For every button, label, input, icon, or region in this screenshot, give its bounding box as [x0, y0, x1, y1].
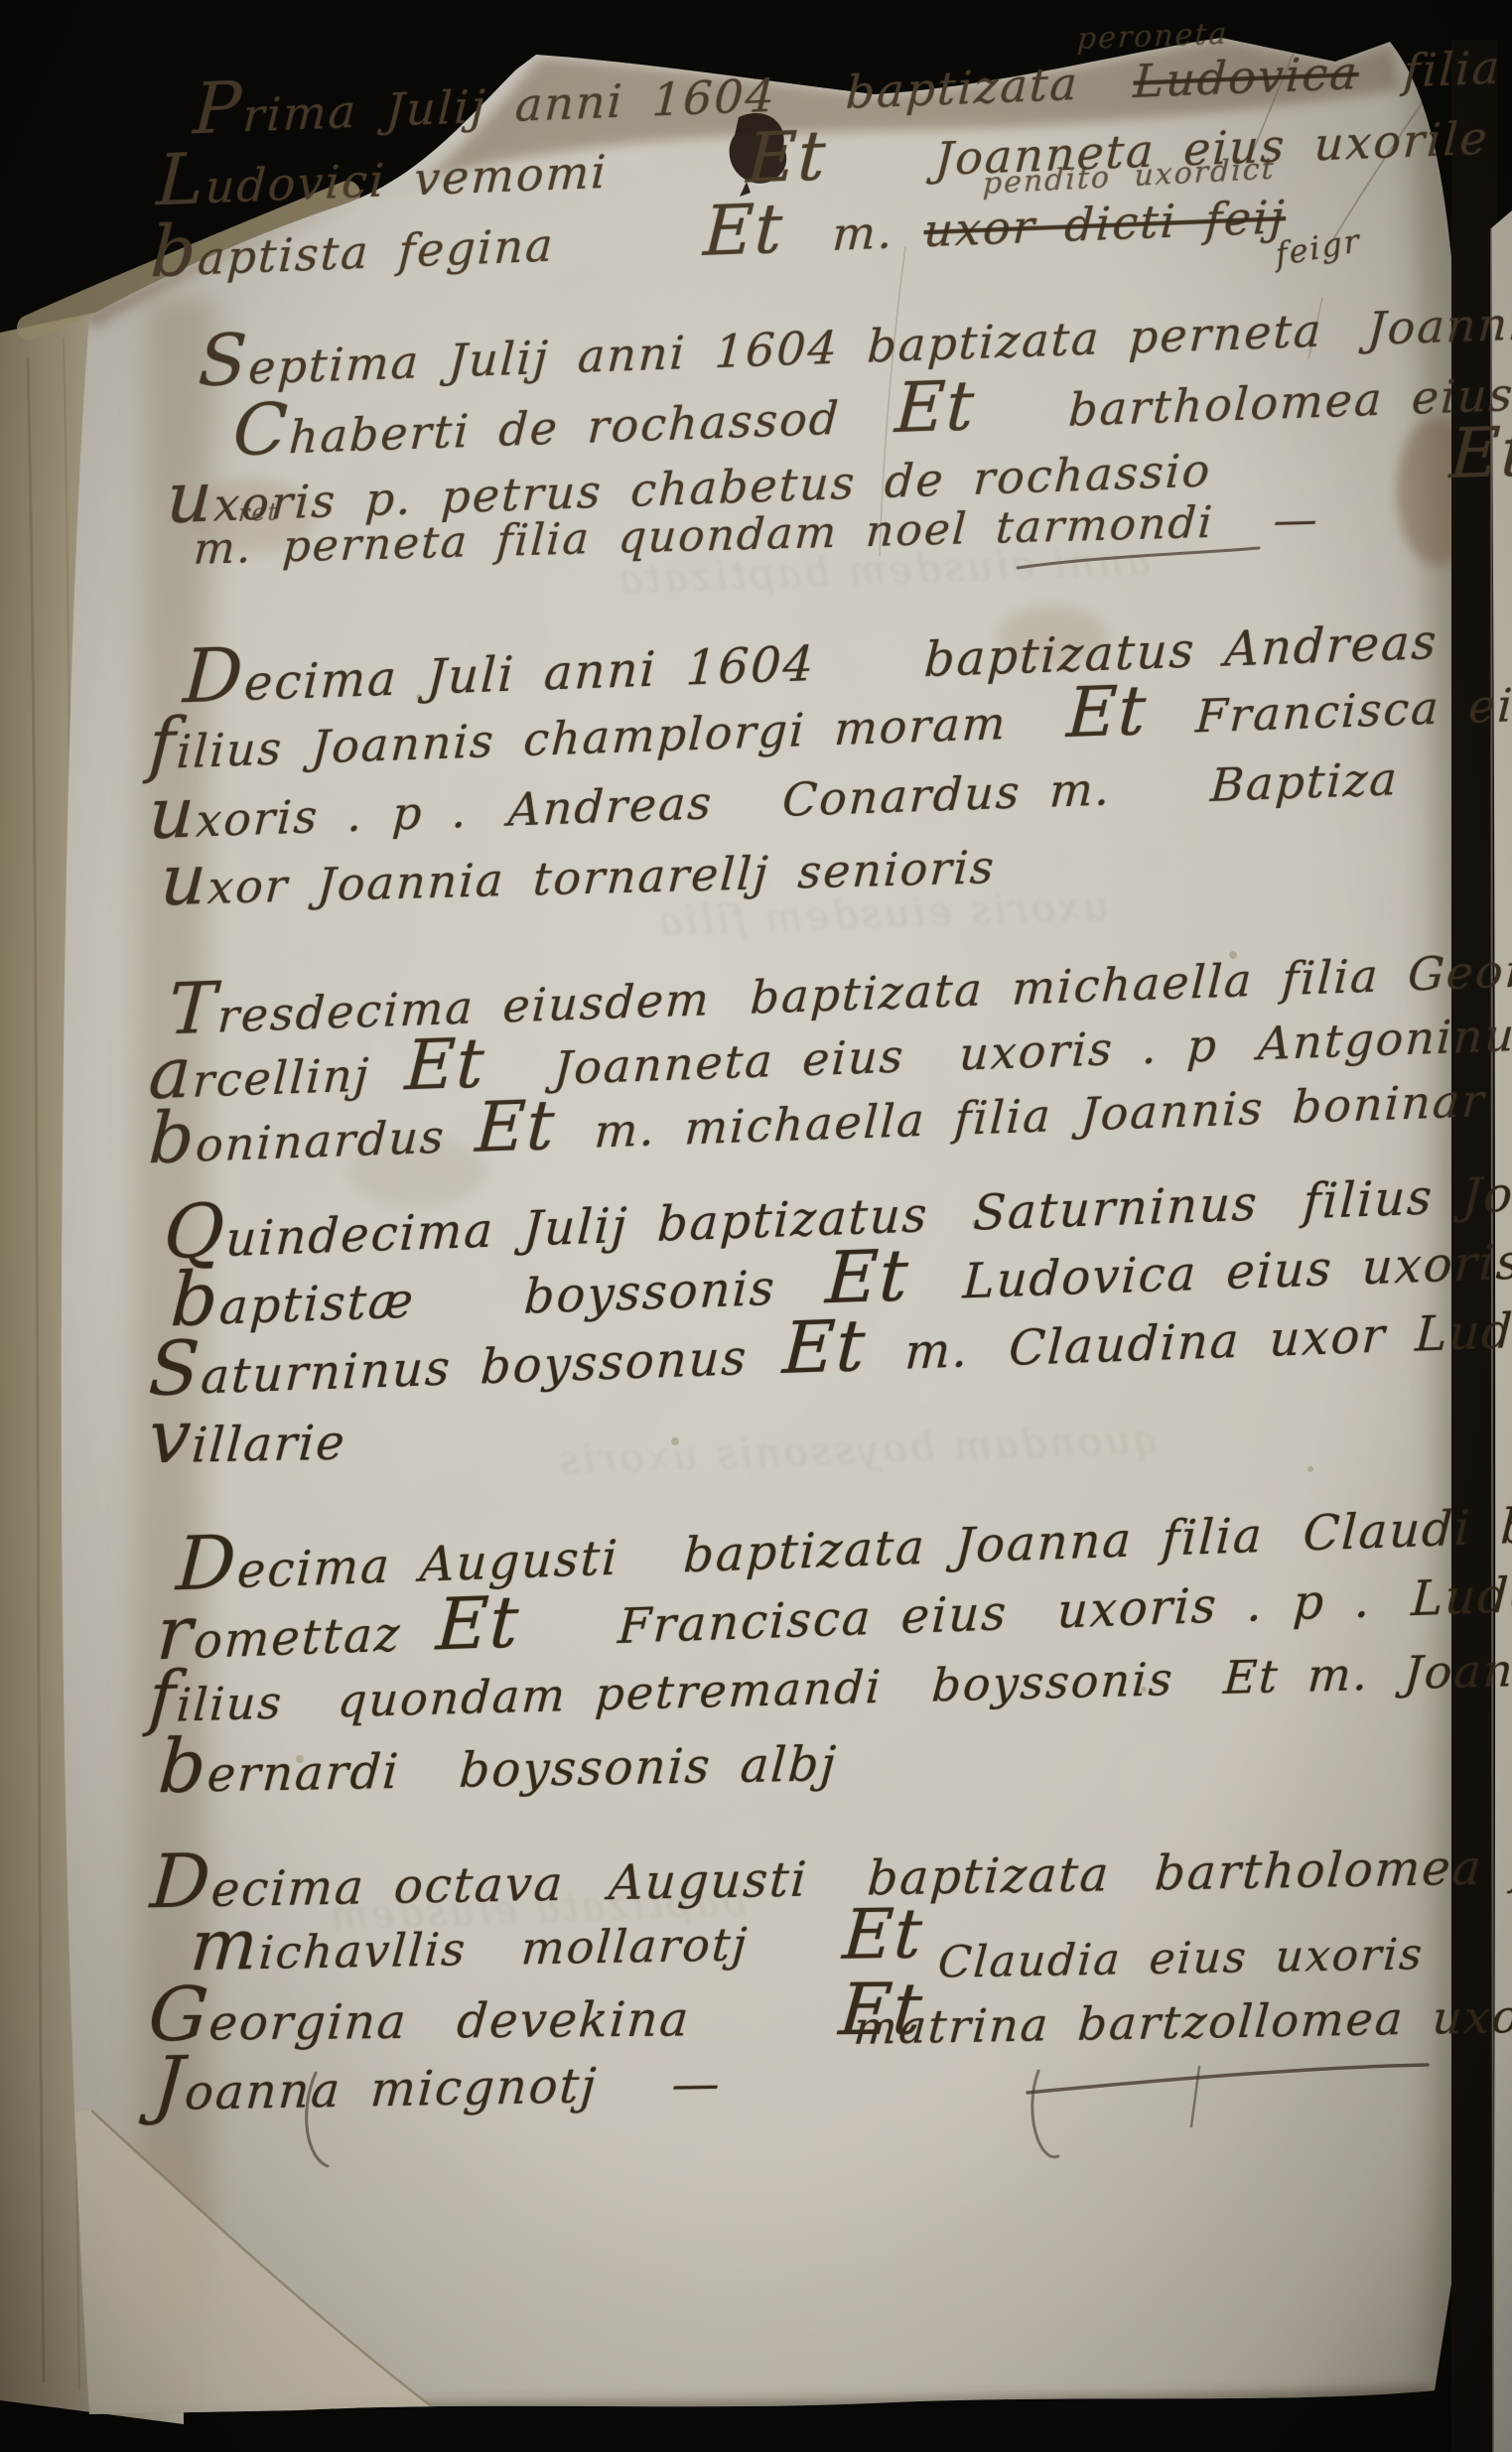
word-segment: feigr	[1274, 221, 1362, 274]
word-segment: villarie	[146, 1390, 349, 1480]
word-segment: Et	[780, 1303, 868, 1390]
word-segment: boyssonis	[930, 1652, 1175, 1711]
word-segment: Et	[474, 1086, 557, 1168]
entry-quindecima-julij-line-4: villarie	[146, 1390, 349, 1480]
word-segment: Et	[840, 1894, 925, 1975]
entry-decima-octava-augusti-line-3: Claudia eius uxoris	[936, 1929, 1426, 1988]
word-segment: boyssonis albj	[458, 1736, 840, 1799]
word-segment: peroneta	[1076, 17, 1229, 57]
entry-decima-augusti-line-4: bernardiboyssonis albj	[156, 1711, 841, 1810]
word-segment: boninardus	[147, 1086, 449, 1179]
word-segment: bartholomea fi	[1153, 1839, 1512, 1901]
word-segment: Claudina uxor Ludo	[1008, 1302, 1512, 1377]
word-segment: —	[670, 2056, 724, 2112]
entry-decima-octava-augusti-line-5: matrina bartzollomea uxo	[852, 1989, 1512, 2055]
word-segment: Et	[1447, 412, 1512, 494]
manuscript-text: Prima Julij anni 1604baptizataLudovicafi…	[0, 0, 1512, 2452]
manuscript-photo: anni eiusdem baptizatauxoris eiusdem fil…	[0, 0, 1512, 2452]
word-segment: uxor dicti feij	[922, 190, 1287, 257]
word-segment: Conardus m.	[781, 761, 1113, 827]
word-segment: —	[1272, 494, 1320, 546]
word-segment: bernardi	[156, 1719, 404, 1810]
word-segment: Et m.	[1222, 1647, 1371, 1704]
word-segment: Claudia eius uxoris	[936, 1929, 1426, 1988]
word-segment: matrina bartzollomea uxo	[852, 1989, 1512, 2055]
entry-prima-julij-1604-line-2: peroneta	[1076, 17, 1229, 57]
word-segment: Joannea uxor	[1403, 1637, 1512, 1700]
word-segment: m.	[903, 1322, 971, 1380]
word-segment: baptista fegina	[149, 195, 557, 293]
word-segment: Et	[702, 189, 785, 271]
entry-decima-octava-augusti-line-6: Joanna micgnotj—	[151, 2031, 726, 2127]
word-segment: Joanna micgnotj	[151, 2033, 602, 2127]
word-segment: Baptiza	[1209, 751, 1400, 812]
entry-prima-julij-1604-line-6: feigr	[1274, 221, 1362, 274]
word-segment: m.	[192, 522, 254, 575]
word-segment: m. michaella filia Joannis boninar	[593, 1073, 1486, 1158]
word-segment: Ludovicus	[1410, 1563, 1512, 1627]
word-segment: m.	[831, 204, 895, 261]
